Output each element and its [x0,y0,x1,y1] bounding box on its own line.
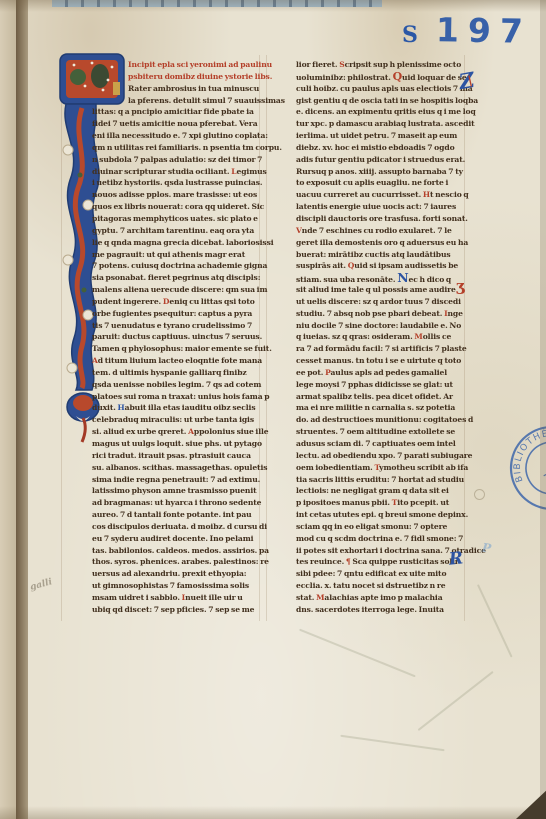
text-line: diebz. xv. hoc ei mistio ebdoadis 7 ogdo [296,142,494,154]
text-line: dns. sacerdotes iterroga lege. Inuita [296,604,494,616]
text-line: cos discipulos deriuata. d moibz. d curs… [92,521,290,533]
text-line: la pferens. detulit simul 7 suauissimas [92,95,290,107]
text-line: tur xpc. p damascu arabiaq lustrata. asc… [296,118,494,130]
text-line: aureo. 7 d tantali fonte potante. int pa… [92,509,290,521]
text-line: Vnde 7 eschines cu rodio exularet. 7 le [296,225,494,237]
text-line: Ad titum liuium lacteo eloqntie fote man… [92,355,290,367]
text-line: sia psonabat. fieret pegrinus atq discip… [92,272,290,284]
text-line: adusus sciam di. 7 captiuates oem intel [296,438,494,450]
text-line: stat. Malachias apte imo p malachia [296,592,494,604]
text-line: qsda uenisse nobiles legim. 7 qs ad cote… [92,379,290,391]
text-line: lectiois: ne negligat gram q data sit ei [296,485,494,497]
text-line: eu 7 syderu audiret docente. Ino pelami [92,533,290,545]
text-line: rici tradut. itrauit psas. ptrasiuit cau… [92,450,290,462]
rubric-incipit: Incipit epla sci yeronimi ad paulinupsbi… [128,59,292,83]
text-line: msam uidret i sabblo. Inueit ille uir u [92,592,290,604]
text-line: quos ex libris nouerat: cora qq uideret.… [92,201,290,213]
text-line: ra 7 ad formādu facil: 7 si artificis 7 … [296,343,494,355]
photo-background: Incipit epla sci yeronimi ad paulinupsbi… [0,0,546,819]
text-line: magus ut uulgs loquit. siue phs. ut pyta… [92,438,290,450]
shelfmark-letter: S [402,24,418,46]
bottom-edge-shadow [0,806,546,819]
text-line: Rursuq p anos. xiiij. assupto barnaba 7 … [296,166,494,178]
text-line: niu docile 7 sine doctore: laudabile e. … [296,320,494,332]
text-line: ecclia. x. tatu nocet si dstruetibz n re [296,580,494,592]
text-line: sciam qq in eo eligat smonu: 7 optere [296,521,494,533]
text-column-left: Rater ambrosius in tua minuscula pferens… [92,83,290,616]
text-line: sibi pdee: 7 qntu edificat ex uite mito [296,568,494,580]
text-line: pitagoras memphyticos uates. sic plato e [92,213,290,225]
text-line: q iueias. sz q qras: osideram. Mollis ce [296,331,494,343]
text-line: cesset manus. tn totu i se e uirtute q t… [296,355,494,367]
text-line: n subdola 7 palpas adulatio: sz dei timo… [92,154,290,166]
text-line: ma ei nre militie n carnalia s. sz potet… [296,402,494,414]
text-line: tas. babilonios. caldeos. medos. assirio… [92,545,290,557]
text-line: sima indie regna penetrauit: 7 ad extimu… [92,474,290,486]
text-line: struentes. 7 oem altitudine extollete se [296,426,494,438]
text-line: orbe fugientes psequitur: captus a pyra [92,308,290,320]
stain [474,489,485,500]
text-line: ubiq qd discet: 7 sep pficies. 7 sep se … [92,604,290,616]
text-line: su. albanos. scithas. massagethas. opule… [92,462,290,474]
text-line: Incipit epla sci yeronimi ad paulinu [128,59,292,71]
text-line: buerat: mirātibz cuctis atq laudātibus [296,249,494,261]
text-line: diuinar scripturar studia ociliant. Legi… [92,166,290,178]
manuscript-page: Incipit epla sci yeronimi ad paulinupsbi… [28,0,546,819]
text-line: suspirās ait. Quid si ipsam audissetis b… [296,260,494,272]
nota-red-icon: ʒ [456,277,465,295]
text-line: discipli dauctoris ore trasfusa. forti s… [296,213,494,225]
text-line: celebraduq miraculis: ut urbe tanta igis [92,414,290,426]
text-line: 7 potens. cuiusq doctrina achademie gign… [92,260,290,272]
text-line: uersus ad alexandriu. prexit ethyopia: [92,568,290,580]
text-line: ii potes sit exhortari i doctrina sana. … [296,545,494,557]
text-line: littas: q a pncipio amicitiar fide pbate… [92,106,290,118]
text-line: Rater ambrosius in tua minuscu [92,83,290,95]
text-line: tem. d ultimis hyspanie galliarq finibz [92,367,290,379]
text-line: thos. syros. phenices. arabes. palestino… [92,556,290,568]
text-line: duxit. Habuit illa etas iauditu oibz sec… [92,402,290,414]
text-line: ad bragmanas: ut hyarca i throno sedente [92,497,290,509]
nota-blue-r-icon: R [448,548,464,569]
text-line: int cetas ututes epi. q breui smone depi… [296,509,494,521]
text-line: gist gentiu q de oscia tati in se hospit… [296,95,494,107]
text-line: ee pot. Paulus apls ad pedes gamaliel [296,367,494,379]
text-line: to exposuit cu aplis euagliu. ne forte i [296,177,494,189]
text-line: paruit: ductus captiuus. uinctus 7 seruu… [92,331,290,343]
text-line: ierlima. ut uidet petru. 7 maseit ap eum [296,130,494,142]
text-line: psbiteru domibz diuine ystorie libs. [128,71,292,83]
text-line: ut gimnosophistas 7 famosissima solis [92,580,290,592]
text-line: platoes sui roma n traxat: unius hois fa… [92,391,290,403]
text-line: armat spalibz telis. pea dicet ofidet. A… [296,391,494,403]
text-line: si. aliud ex urbe qreret. Appolonius siu… [92,426,290,438]
text-line: latissimo physon amne trasmisso puenit [92,485,290,497]
text-line: e. dicens. an expimentu qritis eius q i … [296,106,494,118]
text-line: malens aliena uerecude discere: qm sua i… [92,284,290,296]
right-edge-shadow [540,0,546,819]
text-line: i uetibz hystoriis. qsda lustrasse puinc… [92,177,290,189]
text-line: me pagrauit: ut qui athenis magr erat [92,249,290,261]
text-line: mod cu q scdm doctrina e. 7 fidl smone: … [296,533,494,545]
text-line: lege moysi 7 pphas didicisse se glat: ut [296,379,494,391]
text-line: qm n utilitas rei familiaris. n psentia … [92,142,290,154]
text-line: p ipositoes manus pbii. Tito pcepit. ut [296,497,494,509]
text-line: pudent ingerere. Deniq cu littas qsi tot… [92,296,290,308]
text-line: tis 7 uenudatus e tyrano crudelissimo 7 [92,320,290,332]
text-line: do. ad destructioes munitionu: cogitatoe… [296,414,494,426]
shelfmark-number: 197 [436,13,532,48]
text-line: Tamen q phylosophus: maior emente se fui… [92,343,290,355]
text-line: eni illa necessitudo e. 7 xpi glutino co… [92,130,290,142]
text-line: geret illa demostenis oro q aduersus eu … [296,237,494,249]
text-column-right: lior fieret. Scripsit sup h plenissime o… [296,59,494,616]
text-line: lectu. ad obediendu xpo. 7 parati subiug… [296,450,494,462]
text-line: latentis energie uiue uocis act: 7 iaure… [296,201,494,213]
nota-faint-p-icon: P [481,540,492,555]
text-line: studiu. 7 absq nob pse pbari debeat. Ing… [296,308,494,320]
text-line: uacuu curreret au cucurrisset. Ht nescio… [296,189,494,201]
text-line: tes reuince. ¶ Sca quippe rusticitas sol… [296,556,494,568]
text-line: adis futur gentiu pdicator i struedus er… [296,154,494,166]
text-line: nouos adisse pplos. mare trasisse: ut eo… [92,189,290,201]
text-line: fidei 7 uetis amicitie noua pferebat. Ve… [92,118,290,130]
text-line: tia sacris littis eruditu: 7 hortat ad s… [296,474,494,486]
text-line: oem iobedientiam. Tymotheu scribit ab if… [296,462,494,474]
text-line: ut uelis discere: sz q ardor tuus 7 disc… [296,296,494,308]
text-line: lie q qnda magna grecia dicebat. laborio… [92,237,290,249]
text-line: gyptu. 7 architam tarentinu. eaq ora yta [92,225,290,237]
